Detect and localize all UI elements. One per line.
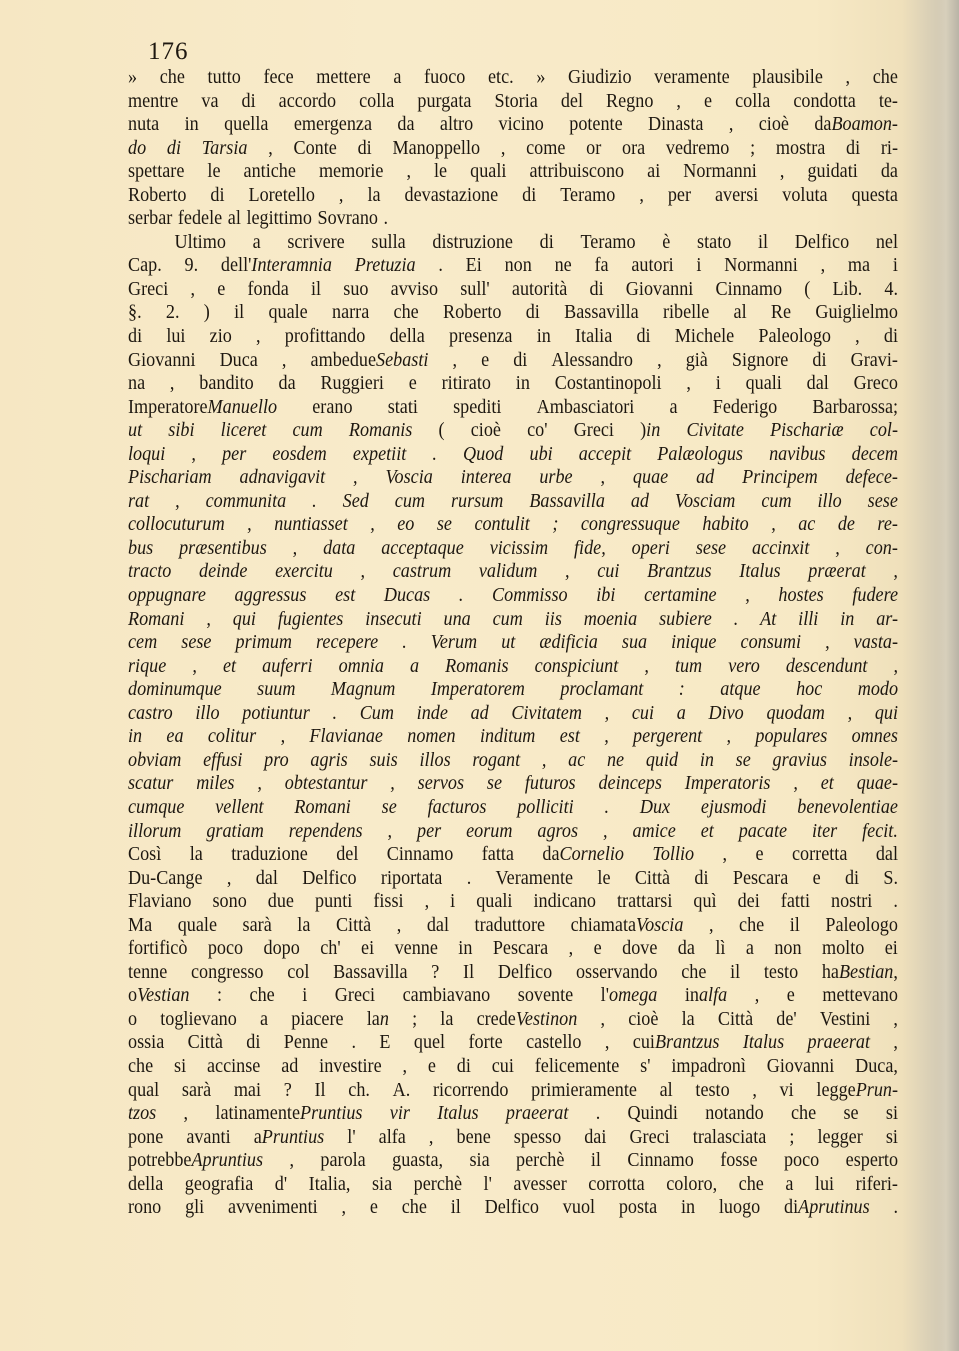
text-line: Flavianosonoduepuntifissi,iqualiindicano…: [128, 890, 898, 914]
text-line: dodiTarsia,ContediManoppello,comeororave…: [128, 137, 898, 161]
text-line: ineacolitur,Flavianaenomeninditumest,per…: [128, 725, 898, 749]
text-line: scaturmiles,obtestantur,servossefuturosd…: [128, 772, 898, 796]
text-line: oVestian:cheiGrecicambiavanosoventel'ome…: [128, 984, 898, 1008]
text-line: potrebbeApruntius,parolaguasta,siaperchè…: [128, 1149, 898, 1173]
text-line: rique,etauferriomniaaRomanisconspiciunt,…: [128, 655, 898, 679]
text-line: Greci,efondailsuoavvisosull'autoritàdiGi…: [128, 278, 898, 302]
text-line: tennecongressocolBassavilla?IlDelficooss…: [128, 961, 898, 985]
text-line: »chetuttofecemettereafuocoetc.»Giudiziov…: [128, 66, 898, 90]
page-edge-shadow: [937, 0, 959, 1351]
text-line: fortificòpocodopoch'eivenneinPescara,edo…: [128, 937, 898, 961]
text-line: poneavantiaPruntiusl'alfa,benespessodaiG…: [128, 1126, 898, 1150]
text-line: cumquevellentRomanisefacturospolliciti.D…: [128, 796, 898, 820]
text-line: oppugnareaggressusestDucas.Commissoibice…: [128, 584, 898, 608]
text-line: dellageografiad'Italia,siaperchèl'avesse…: [128, 1173, 898, 1197]
text-line: castroillopotiuntur.CumindeadCivitatem,c…: [128, 702, 898, 726]
text-line: qualsaràmai?Ilch.A.ricorrendoprimieramen…: [128, 1079, 898, 1103]
text-line: buspræsentibus,dataacceptaquevicissimfid…: [128, 537, 898, 561]
text-line: RobertodiLoretello,ladevastazionediTeram…: [128, 184, 898, 208]
page-number: 176: [148, 38, 189, 66]
text-line: Pischariamadnavigavit,Vosciaintereaurbe,…: [128, 466, 898, 490]
text-line: nutainquellaemergenzadaaltrovicinopotent…: [128, 113, 898, 137]
text-line: Cap.9.dell'InteramniaPretuzia.Einonnefaa…: [128, 254, 898, 278]
text-line: tzos,latinamentePruntiusvirItaluspraeera…: [128, 1102, 898, 1126]
text-line: utsibiliceretcumRomanis(cioèco'Greci)inC…: [128, 419, 898, 443]
text-line: CosìlatraduzionedelCinnamofattadaCorneli…: [128, 843, 898, 867]
text-line: mentrevadiaccordocollapurgataStoriadelRe…: [128, 90, 898, 114]
text-line: collocuturum,nuntiasset,eosecontulit;con…: [128, 513, 898, 537]
text-line: UltimoascriveresulladistruzionediTeramoè…: [128, 231, 898, 255]
body-text: »chetuttofecemettereafuocoetc.»Giudiziov…: [128, 66, 898, 1220]
text-line: GiovanniDuca,ambedueSebasti,ediAlessandr…: [128, 349, 898, 373]
text-line: serbarfedeleallegittimoSovrano.: [128, 207, 898, 231]
text-line: ImperatoreManuelloeranostatispeditiAmbas…: [128, 396, 898, 420]
text-line: otoglievanoapiacerelan;lacredeVestinon,c…: [128, 1008, 898, 1032]
text-line: dominumquesuumMagnumImperatoremproclaman…: [128, 678, 898, 702]
text-line: rat,communita.SedcumrursumBassavillaadVo…: [128, 490, 898, 514]
text-line: tractodeindeexercitu,castrumvalidum,cuiB…: [128, 560, 898, 584]
text-line: ronogliavvenimenti,echeilDelficovuolpost…: [128, 1196, 898, 1220]
text-line: cemseseprimumrecepere.Verumutædificiasua…: [128, 631, 898, 655]
text-line: spettareleantichememorie,lequaliattribui…: [128, 160, 898, 184]
book-page: 176 »chetuttofecemettereafuocoetc.»Giudi…: [0, 0, 959, 1351]
text-line: illorumgratiamrependens,pereorumagros,am…: [128, 820, 898, 844]
text-line: obviameffusiproagrissuisillosrogant,acne…: [128, 749, 898, 773]
text-line: MaqualesaràlaCittà,daltraduttorechiamata…: [128, 914, 898, 938]
text-line: §.2.)ilqualenarracheRobertodiBassavillar…: [128, 301, 898, 325]
text-line: diluizio,profittandodellapresenzainItali…: [128, 325, 898, 349]
text-line: Du-Cange,dalDelficoriportata.Veramentele…: [128, 867, 898, 891]
text-line: chesiaccinseadinvestire,edicuifelicement…: [128, 1055, 898, 1079]
text-line: loqui,pereosdemexpetiit.QuodubiaccepitPa…: [128, 443, 898, 467]
text-line: ossiaCittàdiPenne.Equelfortecastello,cui…: [128, 1031, 898, 1055]
text-line: Romani,quifugientesinsecutiunacumiismoen…: [128, 608, 898, 632]
text-line: na,banditodaRuggierieritiratoinCostantin…: [128, 372, 898, 396]
